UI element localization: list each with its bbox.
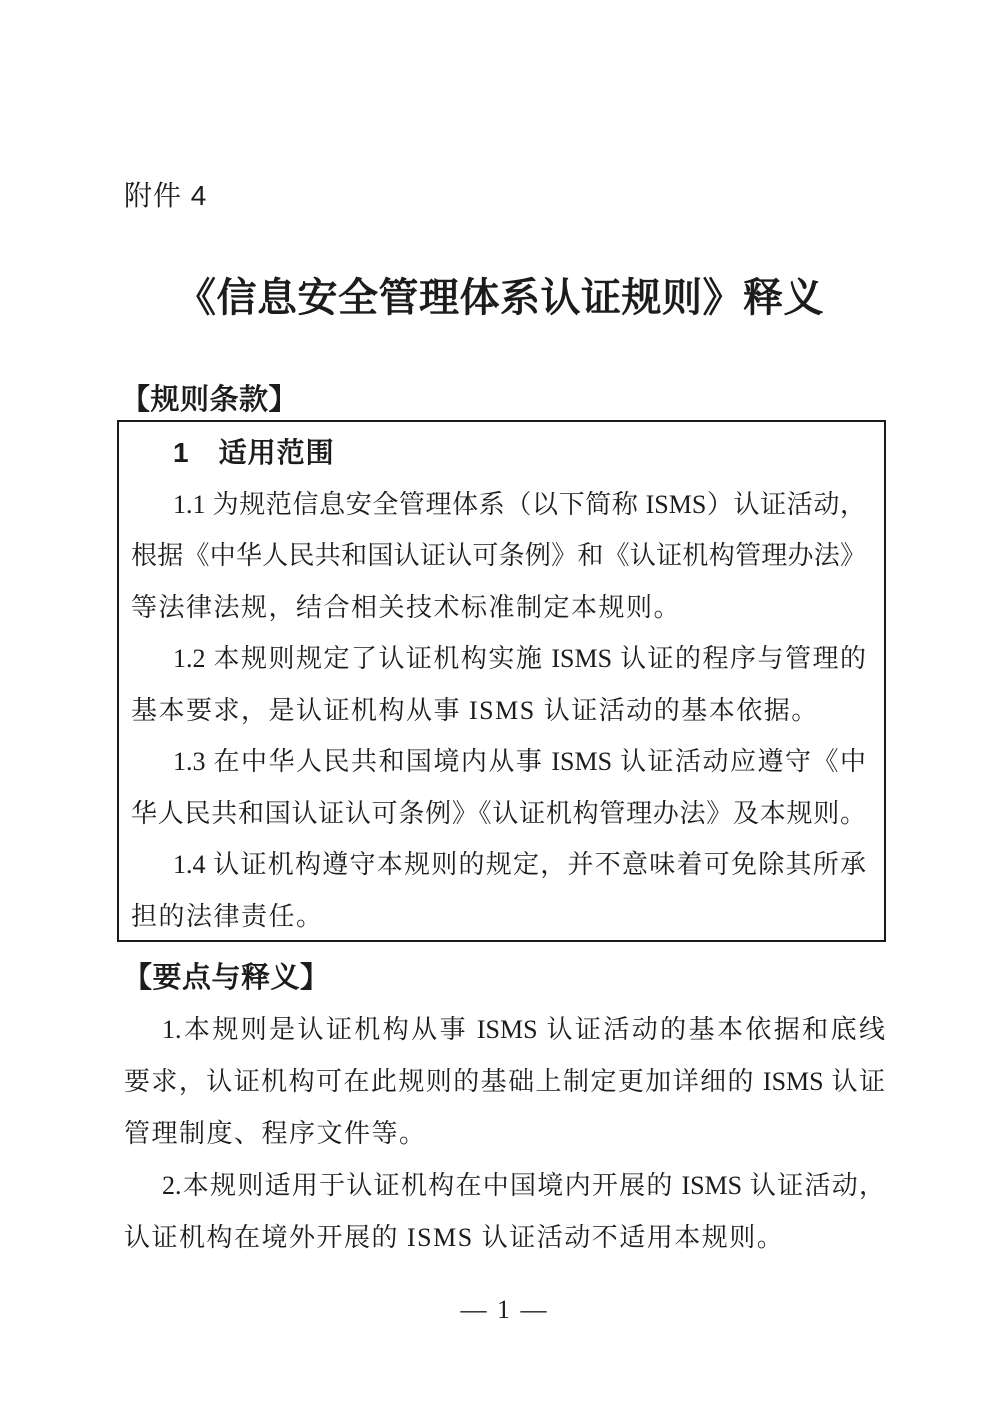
rule-line: 根据《中华人民共和国认证认可条例》和《认证机构管理办法》: [131, 530, 866, 582]
rule-line: 1.2 本规则规定了认证机构实施 ISMS 认证的程序与管理的: [131, 633, 866, 685]
rule-line: 1.4 认证机构遵守本规则的规定，并不意味着可免除其所承: [131, 839, 866, 891]
page-number: — 1 —: [124, 1292, 885, 1328]
rule-line: 担的法律责任。: [131, 891, 866, 943]
rule-line: 等法律法规，结合相关技术标准制定本规则。: [131, 582, 866, 634]
document-title: 《信息安全管理体系认证规则》释义: [0, 270, 1000, 326]
clause-title: 1 适用范围: [131, 427, 866, 479]
rule-line: 1.1 为规范信息安全管理体系（以下简称 ISMS）认证活动，: [131, 479, 866, 531]
rule-clause-box: 1 适用范围 1.1 为规范信息安全管理体系（以下简称 ISMS）认证活动， 根…: [117, 420, 886, 942]
interpretation-line: 管理制度、程序文件等。: [124, 1108, 885, 1160]
document-page: 附件 4 《信息安全管理体系认证规则》释义 【规则条款】 1 适用范围 1.1 …: [0, 0, 1000, 1414]
interpretation-text: 1.本规则是认证机构从事 ISMS 认证活动的基本依据和底线 要求，认证机构可在…: [124, 1004, 885, 1264]
rule-line: 1.3 在中华人民共和国境内从事 ISMS 认证活动应遵守《中: [131, 736, 866, 788]
rule-line: 华人民共和国认证认可条例》《认证机构管理办法》及本规则。: [131, 788, 866, 840]
interpretation-line: 2.本规则适用于认证机构在中国境内开展的 ISMS 认证活动，: [124, 1160, 885, 1212]
attachment-label: 附件 4: [124, 178, 207, 214]
section-heading-rule-clause: 【规则条款】: [121, 382, 298, 418]
section-heading-interpretation: 【要点与释义】: [123, 960, 330, 996]
interpretation-line: 要求，认证机构可在此规则的基础上制定更加详细的 ISMS 认证: [124, 1056, 885, 1108]
interpretation-line: 认证机构在境外开展的 ISMS 认证活动不适用本规则。: [124, 1212, 885, 1264]
interpretation-line: 1.本规则是认证机构从事 ISMS 认证活动的基本依据和底线: [124, 1004, 885, 1056]
rule-line: 基本要求，是认证机构从事 ISMS 认证活动的基本依据。: [131, 685, 866, 737]
